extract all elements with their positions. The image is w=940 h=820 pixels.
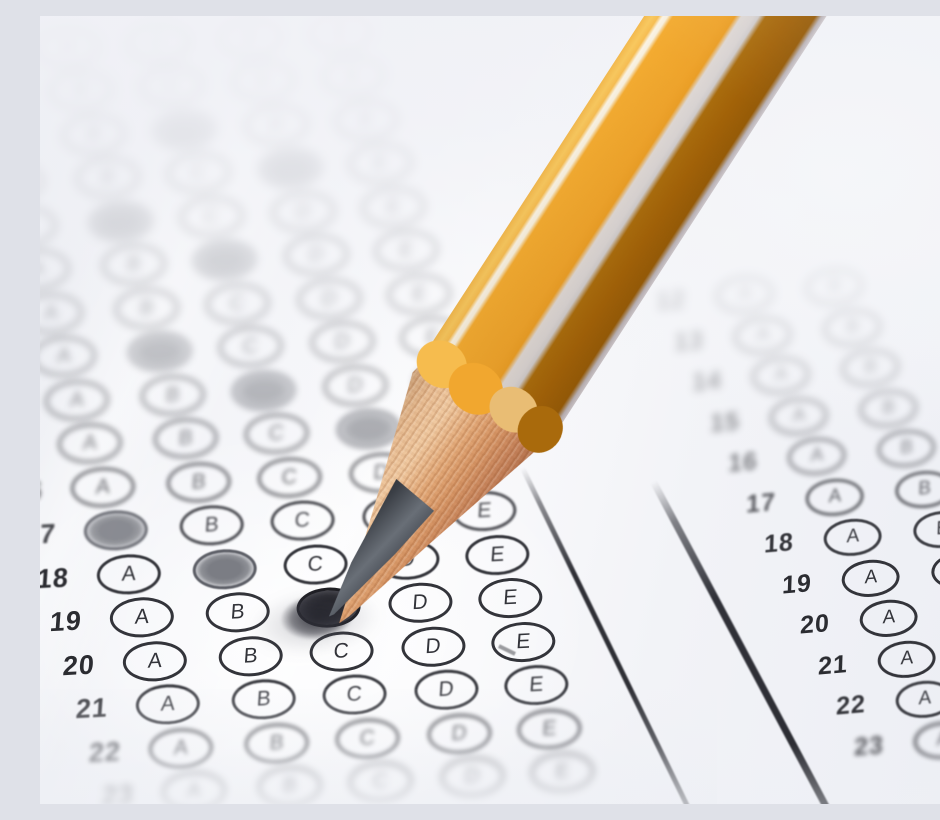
bubble-letter: A [828,485,841,508]
bubble-16-A: A [786,435,847,477]
bubble-16-B: B [876,427,937,469]
question-number: 16 [711,440,758,486]
answer-row-right-19: 19AB [764,566,768,608]
bubble-letter: A [846,525,859,548]
bubble-letter: A [756,323,769,346]
bubble-14-B: B [840,346,901,388]
question-number: 20 [783,602,830,648]
bubble-13-A: A [732,313,793,355]
answer-row-right-21: 21AB [800,647,804,689]
bubble-letter: A [738,282,751,305]
bubble-letter: B [864,355,877,378]
bubble-letter: A [936,728,940,751]
bubble-letter: A [882,606,895,629]
bubble-17-B: B [894,468,940,510]
answer-row-right-22: 22AB [818,687,822,729]
bubble-letter: B [882,396,895,419]
question-number: 21 [801,642,848,688]
question-number: 22 [819,683,866,729]
bubble-letter: B [828,274,841,297]
answer-row-right-16: 16AB [710,444,714,486]
bubble-letter: B [846,315,859,338]
question-number: 14 [675,359,722,405]
question-number: 23 [837,723,884,769]
answer-row-right-17: 17AB [728,485,732,527]
bubble-letter: A [792,404,805,427]
question-number: 15 [693,399,740,445]
question-number: 18 [747,521,794,567]
answer-row-right-15: 15AB [692,404,696,446]
bubble-15-B: B [858,387,919,429]
bubble-letter: A [810,444,823,467]
bubble-letter: B [918,477,931,500]
answer-row-right-23: 23AB [836,728,840,770]
bubble-13-B: B [822,306,883,348]
bubble-22-A: A [894,678,940,720]
bubble-23-A: A [912,718,940,760]
bubble-letter: B [936,517,940,540]
bubble-21-A: A [876,637,937,679]
bubble-18-B: B [912,508,940,550]
bubble-19-B: B [930,549,940,591]
answer-row-right-14: 14AB [674,363,678,405]
bubble-letter: A [900,647,913,670]
question-number: 17 [729,480,776,526]
bubble-letter: A [774,363,787,386]
bubble-17-A: A [804,475,865,517]
bubble-letter: A [918,687,931,710]
bubble-letter: B [900,436,913,459]
photo-scene: Close-up photograph of a sharpened yello… [40,16,940,804]
question-number: 19 [765,561,812,607]
bubble-19-A: A [840,556,901,598]
question-number: 13 [657,318,704,364]
bubble-12-B: B [804,265,865,307]
bubble-15-A: A [768,394,829,436]
bubble-20-A: A [858,597,919,639]
bubble-18-A: A [822,516,883,558]
answer-row-right-20: 20AB [782,606,786,648]
bubble-12-A: A [714,273,775,315]
bubble-letter: A [864,566,877,589]
answer-row-right-18: 18AB [746,525,750,567]
answer-row-right-13: 13AB [656,323,660,365]
bubble-14-A: A [750,354,811,396]
